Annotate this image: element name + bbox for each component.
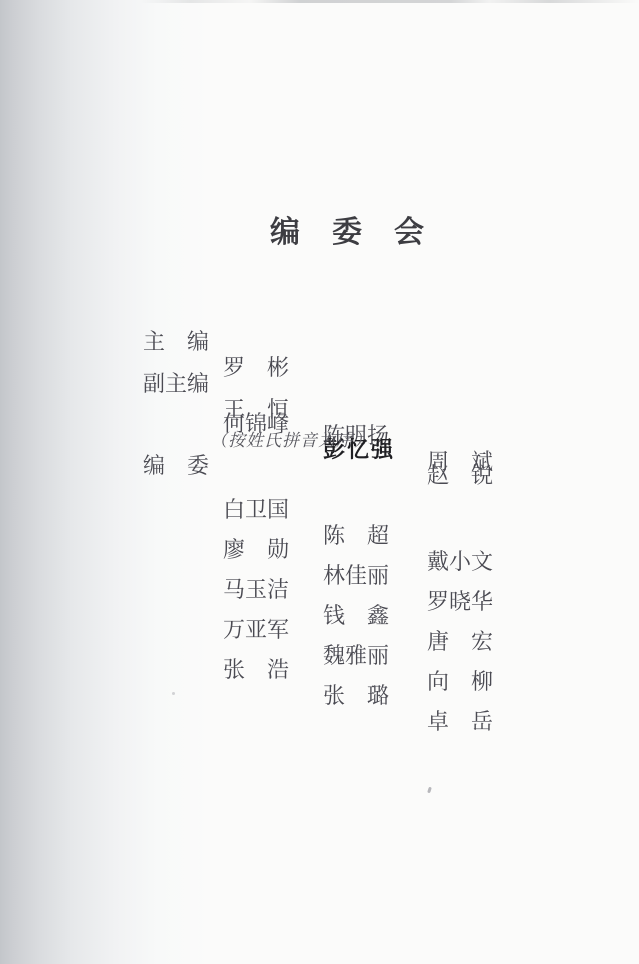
deputy-editor-line-2: 何锦峰 彭忆强 赵 锐 <box>0 381 639 407</box>
chief-editor-line: 主 编 罗 彬 <box>0 299 639 325</box>
scan-speck <box>172 692 175 695</box>
pinyin-order-note: （按姓氏拼音为序） <box>210 426 372 451</box>
committee-member-row: 马玉洁 钱 鑫 唐 宏 <box>0 547 639 573</box>
person-name: 卓 岳 <box>427 705 493 736</box>
committee-member-row: 张 浩 张 璐 卓 岳 <box>0 627 639 653</box>
scan-speck <box>427 787 432 794</box>
page-title: 编 委 会 <box>270 207 425 251</box>
scanned-book-page: 编 委 会 主 编 罗 彬 副主编 王 恒 陈明扬 周 斌 何锦峰 彭忆强 赵 … <box>0 0 639 964</box>
person-name: 张 璐 <box>323 679 389 710</box>
committee-member-row: 白卫国 陈 超 戴小文 <box>0 467 639 493</box>
committee-member-row: 万亚军 魏雅丽 向 柳 <box>0 587 639 613</box>
person-name: 向 柳 <box>427 665 493 696</box>
deputy-editor-line-1: 副主编 王 恒 陈明扬 周 斌 <box>0 341 639 367</box>
committee-member-row: 廖 勋 林佳丽 罗晓华 <box>0 507 639 533</box>
person-name: 张 浩 <box>223 653 289 684</box>
committee-label-line: 编 委 （按姓氏拼音为序） <box>0 423 639 449</box>
scan-top-edge-artifact <box>140 0 639 3</box>
